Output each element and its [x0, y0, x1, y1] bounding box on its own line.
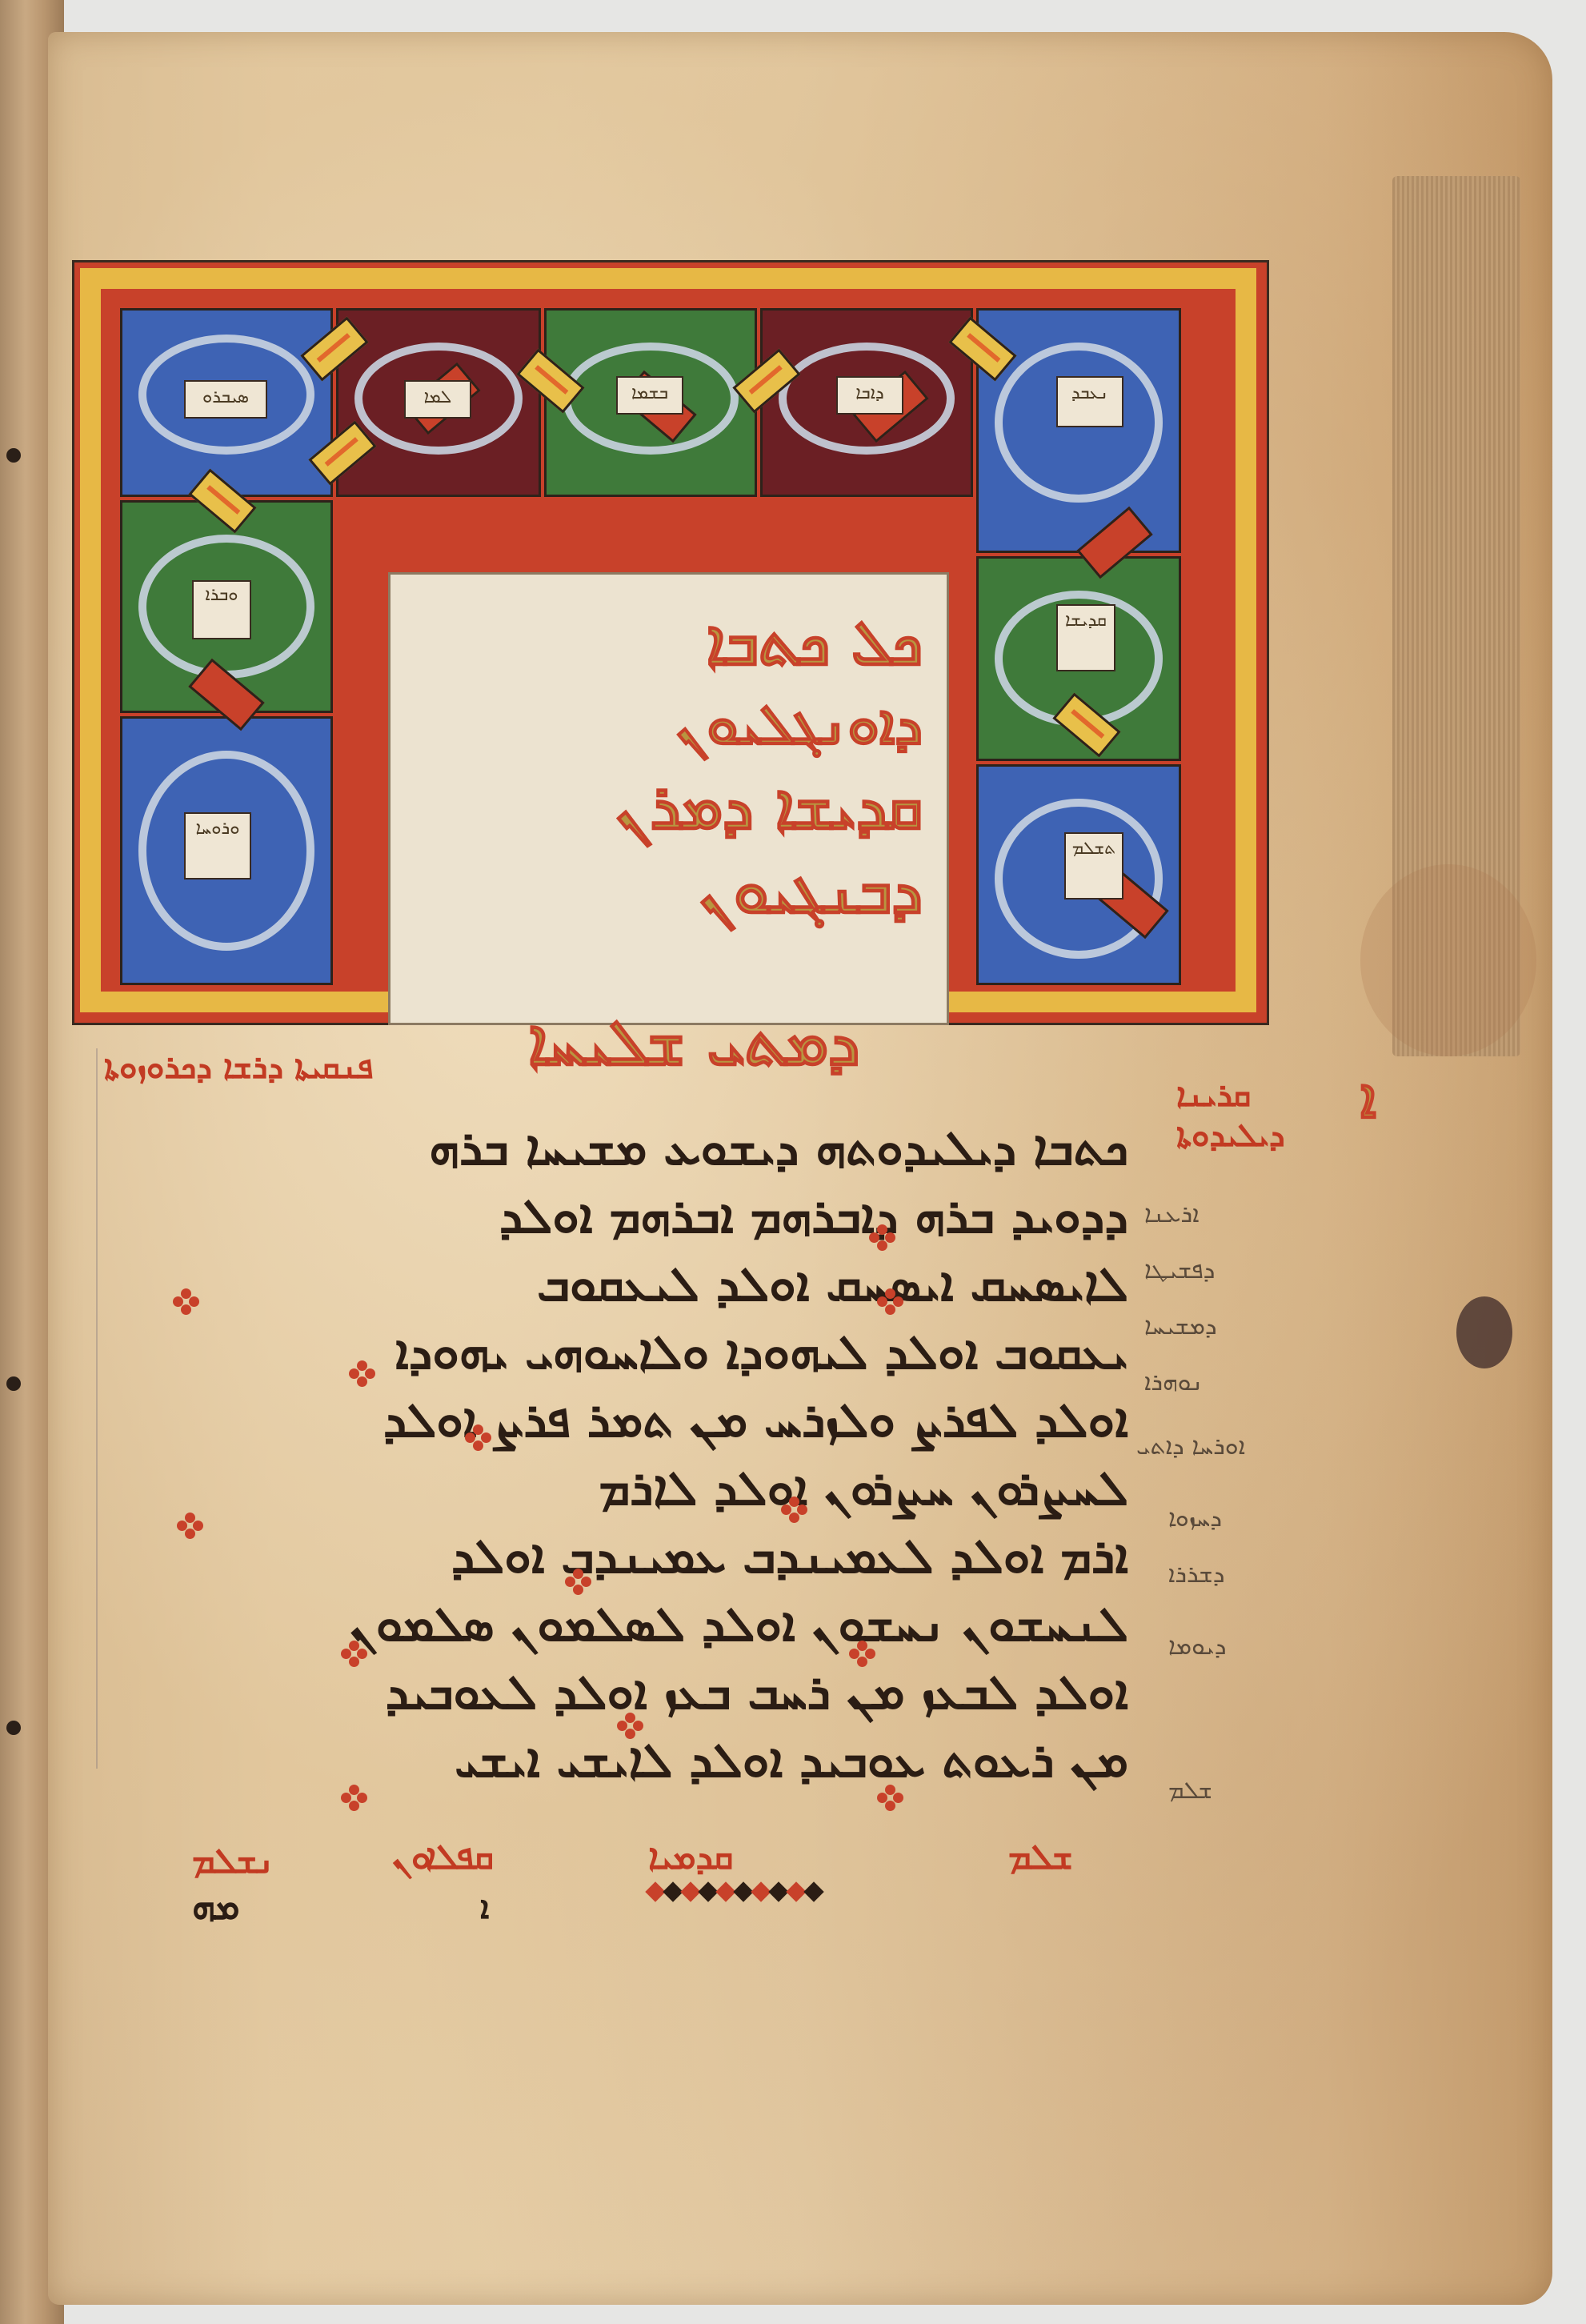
- rosette-punctuation-icon: [617, 1713, 644, 1740]
- margin-note: ܐܪܥܢܐ: [1144, 1200, 1200, 1228]
- title-line: ܕܐܘܢܓܠܝܘܢ: [415, 691, 923, 758]
- panel-label: ܒܫܡܐ: [616, 376, 683, 415]
- rosette-punctuation-icon: [177, 1513, 204, 1540]
- rosette-punctuation-icon: [849, 1641, 876, 1668]
- margin-note: ܫܠܡ: [1168, 1777, 1212, 1805]
- rosette-punctuation-icon: [349, 1360, 376, 1388]
- margin-note: ܐܘܪܚܐ ܕܐܬܝ: [1136, 1432, 1245, 1461]
- rosette-punctuation-icon: [877, 1288, 904, 1316]
- bottom-rubric: ܢܫܠܡ: [192, 1841, 274, 1881]
- rosette-punctuation-icon: [781, 1497, 808, 1524]
- title-line: ܟܠ ܟܬܒܐ: [415, 607, 923, 680]
- gold-heading: ܕܡܬܝ ܫܠܝܚܐ: [528, 1004, 860, 1080]
- rosette-punctuation-icon: [341, 1785, 368, 1812]
- bottom-rubric: ܫܠܡ: [1008, 1837, 1073, 1877]
- panel-label: ܩܕܝܫܐ: [1056, 604, 1115, 671]
- text-line: ܟܬܒܐ ܕܝܠܝܕܘܬܗ ܕܝܫܘܥ ܡܫܝܚܐ ܒܪܗ: [176, 1120, 1128, 1176]
- blue-panel: [976, 308, 1181, 553]
- rosette-punctuation-icon: [173, 1288, 200, 1316]
- margin-red-note: ܩܪܝܢܐ: [1176, 1076, 1251, 1114]
- ink-stain: [1456, 1296, 1512, 1368]
- text-line: ܡܢ ܪܥܘܬ ܥܘܒܝܕ ܐܘܠܕ ܠܐܝܫܝ ܐܝܫܝ: [176, 1733, 1128, 1789]
- text-line: ܐܪܡ ܐܘܠܕ ܠܥܡܝܢܕܒ ܥܡܝܢܕܒ ܐܘܠܕ: [176, 1529, 1128, 1585]
- text-line: ܠܢܚܫܘܢ ܢܚܫܘܢ ܐܘܠܕ ܠܣܠܡܘܢ ܣܠܡܘܢ: [176, 1597, 1128, 1653]
- margin-note: ܕܡܫܝܚܐ: [1144, 1312, 1217, 1340]
- bottom-rubric: ܩܕܡܝܐ: [648, 1837, 733, 1877]
- bottom-numeral: ܡܗ: [192, 1885, 240, 1929]
- title-line: ܕܒܢܓܝܘܢ: [415, 855, 923, 928]
- panel-label: ܘܪܘܚܐ: [184, 812, 251, 880]
- text-line: ܕܕܘܝܕ ܒܪܗ ܕܐܒܪܗܡ ܐܒܪܗܡ ܐܘܠܕ: [176, 1188, 1128, 1244]
- section-marker: ܐ: [1360, 1064, 1376, 1132]
- text-line: ܐܘܠܕ ܠܦܪܨ ܘܠܙܪܚ ܡܢ ܬܡܪ ܦܪܨ ܐܘܠܕ: [176, 1392, 1128, 1448]
- binding-hole: [6, 1721, 21, 1735]
- binding-hole: [6, 448, 21, 463]
- panel-label: ܕܐܒܐ: [836, 376, 903, 415]
- rosette-punctuation-icon: [465, 1424, 492, 1452]
- decorative-divider: [648, 1885, 821, 1904]
- text-line: ܝܥܩܘܒ ܐܘܠܕ ܠܝܗܘܕܐ ܘܠܐܚܘܗܝ ܝܗܘܕܐ: [176, 1324, 1128, 1380]
- margin-note: ܕܫܪܪܐ: [1168, 1561, 1225, 1589]
- rosette-punctuation-icon: [869, 1224, 896, 1252]
- binding-hole: [6, 1376, 21, 1391]
- margin-note: ܕܦܫܝܛܐ: [1144, 1256, 1215, 1284]
- panel-label: ܘܒܪܐ: [192, 580, 251, 639]
- rosette-punctuation-icon: [565, 1569, 592, 1596]
- panel-label: ܠܡܐ: [404, 380, 471, 419]
- text-line: ܠܚܨܪܘܢ ܚܨܪܘܢ ܐܘܠܕ ܠܐܪܡ: [176, 1461, 1128, 1517]
- margin-note: ܢܘܗܪܐ: [1144, 1368, 1204, 1396]
- panel-label: ܢܥܒܕ: [1056, 376, 1123, 427]
- rosette-punctuation-icon: [341, 1641, 368, 1668]
- text-line: ܐܘܠܕ ܠܒܥܙ ܡܢ ܪܚܒ ܒܥܙ ܐܘܠܕ ܠܥܘܒܝܕ: [176, 1665, 1128, 1721]
- bottom-rubric: ܩܦܠܐܘܢ: [392, 1837, 494, 1877]
- margin-note: ܕܝܘܡܐ: [1168, 1633, 1227, 1661]
- bottom-numeral: ܐ: [480, 1889, 489, 1926]
- panel-label: ܣܝܒܪܘ: [184, 380, 267, 419]
- text-line: ܠܐܝܣܚܩ ܐܝܣܚܩ ܐܘܠܕ ܠܝܥܩܘܒ: [176, 1256, 1128, 1312]
- panel-label: ܬܫܠܡ: [1064, 832, 1123, 900]
- margin-red-note: ܕܝܠܝܕܘܬܐ: [1176, 1116, 1285, 1154]
- water-stain: [1360, 864, 1536, 1056]
- rosette-punctuation-icon: [877, 1785, 904, 1812]
- ruling-line: [96, 1048, 98, 1769]
- title-panel: ܟܠ ܟܬܒܐ ܕܐܘܢܓܠܝܘܢ ܩܕܝܫܐ ܕܡܪܢ ܕܒܢܓܝܘܢ: [388, 572, 949, 1025]
- margin-note: ܕܚܙܘܐ: [1168, 1505, 1222, 1533]
- title-line: ܩܕܝܫܐ ܕܡܪܢ: [415, 771, 923, 844]
- red-heading: ܦܢܩܝܬܐ ܕܪܫܐ ܕܟܪܘܙܘܬܐ: [104, 1048, 373, 1086]
